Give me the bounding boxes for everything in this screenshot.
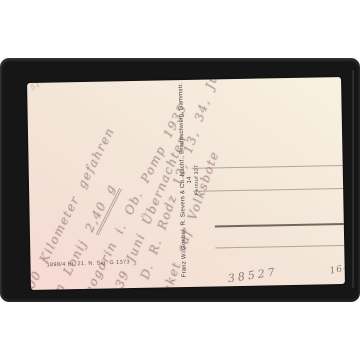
print-code: 1898/4 Br. 21. N. Sig. G 1373	[46, 259, 130, 268]
address-line	[215, 245, 344, 248]
postcard-back: 6,00 Kilometer gefahren Vm Lonij 2,40 g …	[27, 77, 345, 290]
pencil-catalog-number: 38527	[227, 265, 278, 285]
address-line	[215, 223, 344, 227]
pencil-price: 16-	[329, 263, 345, 276]
address-line	[193, 188, 343, 192]
publisher-imprint: Franz W. Goebel, R. Sievers & Co. Nachf.…	[178, 80, 198, 280]
backdrop-edge-highlight	[352, 70, 354, 288]
